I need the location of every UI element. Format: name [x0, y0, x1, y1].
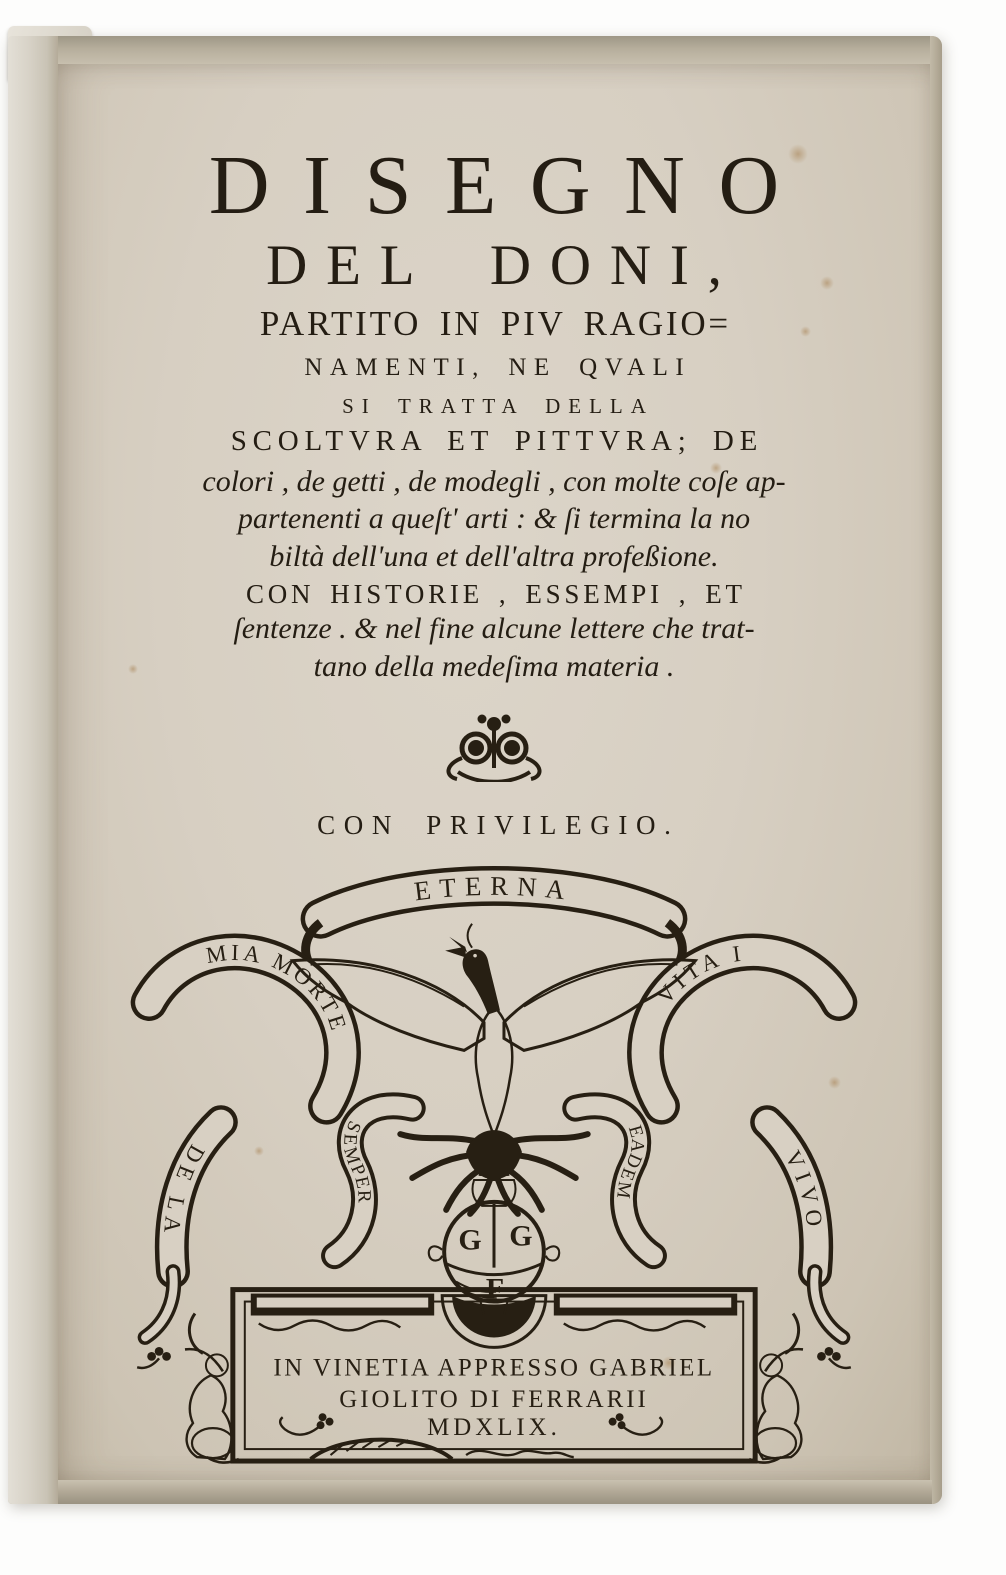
subtitle-line-2: NAMENTI, NE QVALI — [58, 355, 930, 381]
clover-curl-right — [609, 1413, 662, 1434]
book-cover-spine — [8, 36, 58, 1504]
clover-curl-left — [280, 1413, 333, 1434]
subtitle-italic-3: biltà dell'una et dell'altra profeßione. — [58, 538, 930, 576]
title-main: DISEGNO — [58, 64, 930, 230]
foliate-scroll — [466, 1451, 574, 1457]
privilege-line: CON PRIVILEGIO. — [58, 811, 930, 839]
title-author: DEL DONI, — [58, 236, 930, 296]
printers-flower-icon — [58, 708, 930, 787]
subtitle-line-4: SCOLTVRA ET PITTVRA; DE — [58, 426, 930, 456]
imprint-line-2: GIOLITO DI FERRARII — [339, 1386, 649, 1413]
globe-initial-right: G — [509, 1220, 532, 1253]
ribbon-text-vivo: VIVO — [781, 1146, 829, 1234]
title-page: DISEGNO DEL DONI, PARTITO IN PIV RAGIO= … — [58, 64, 930, 1480]
imprint-line-1: IN VINETIA APPRESSO GABRIEL — [273, 1355, 714, 1382]
page-edge-right — [930, 36, 942, 1504]
subtitle-line-1: PARTITO IN PIV RAGIO= — [58, 306, 930, 343]
globe-initial-bottom: F — [486, 1273, 504, 1306]
subtitle-italic-2: partenenti a queſt' arti : & ſi termina … — [58, 500, 930, 538]
ribbon-text-mia-morte: MIA MORTE — [204, 939, 353, 1037]
ribbon-text-de-la: DE LA — [159, 1141, 210, 1240]
subtitle-line-3: SI TRATTA DELLA — [58, 395, 930, 417]
globe-initial-left: G — [458, 1224, 481, 1257]
page-edge-top — [58, 36, 932, 64]
subtitle-italic-5: tano della medeſima materia . — [58, 648, 930, 686]
ribbon-text-eadem: EADEM — [612, 1123, 648, 1202]
globe-monogram: G G F — [429, 1202, 559, 1316]
title-page-content: DISEGNO DEL DONI, PARTITO IN PIV RAGIO= … — [58, 64, 930, 1480]
subtitle-italic-4: ſentenze . & nel fine alcune lettere che… — [58, 610, 930, 648]
garland-right — [564, 1321, 706, 1331]
ribbon-text-semper: SEMPER — [339, 1118, 375, 1205]
subtitle-line-5: CON HISTORIE , ESSEMPI , ET — [58, 580, 930, 608]
garland-left — [259, 1321, 401, 1331]
clover-ornament — [817, 1347, 851, 1368]
imprint-line-3: MDXLIX. — [427, 1414, 561, 1441]
clover-ornament — [137, 1347, 171, 1368]
book-photo: DISEGNO DEL DONI, PARTITO IN PIV RAGIO= … — [8, 36, 942, 1504]
printers-device: ETERNA MIA MORTE VITA I — [58, 853, 930, 1480]
page-edge-bottom — [58, 1480, 932, 1504]
subtitle-italic-1: colori , de getti , de modegli , con mol… — [58, 463, 930, 501]
